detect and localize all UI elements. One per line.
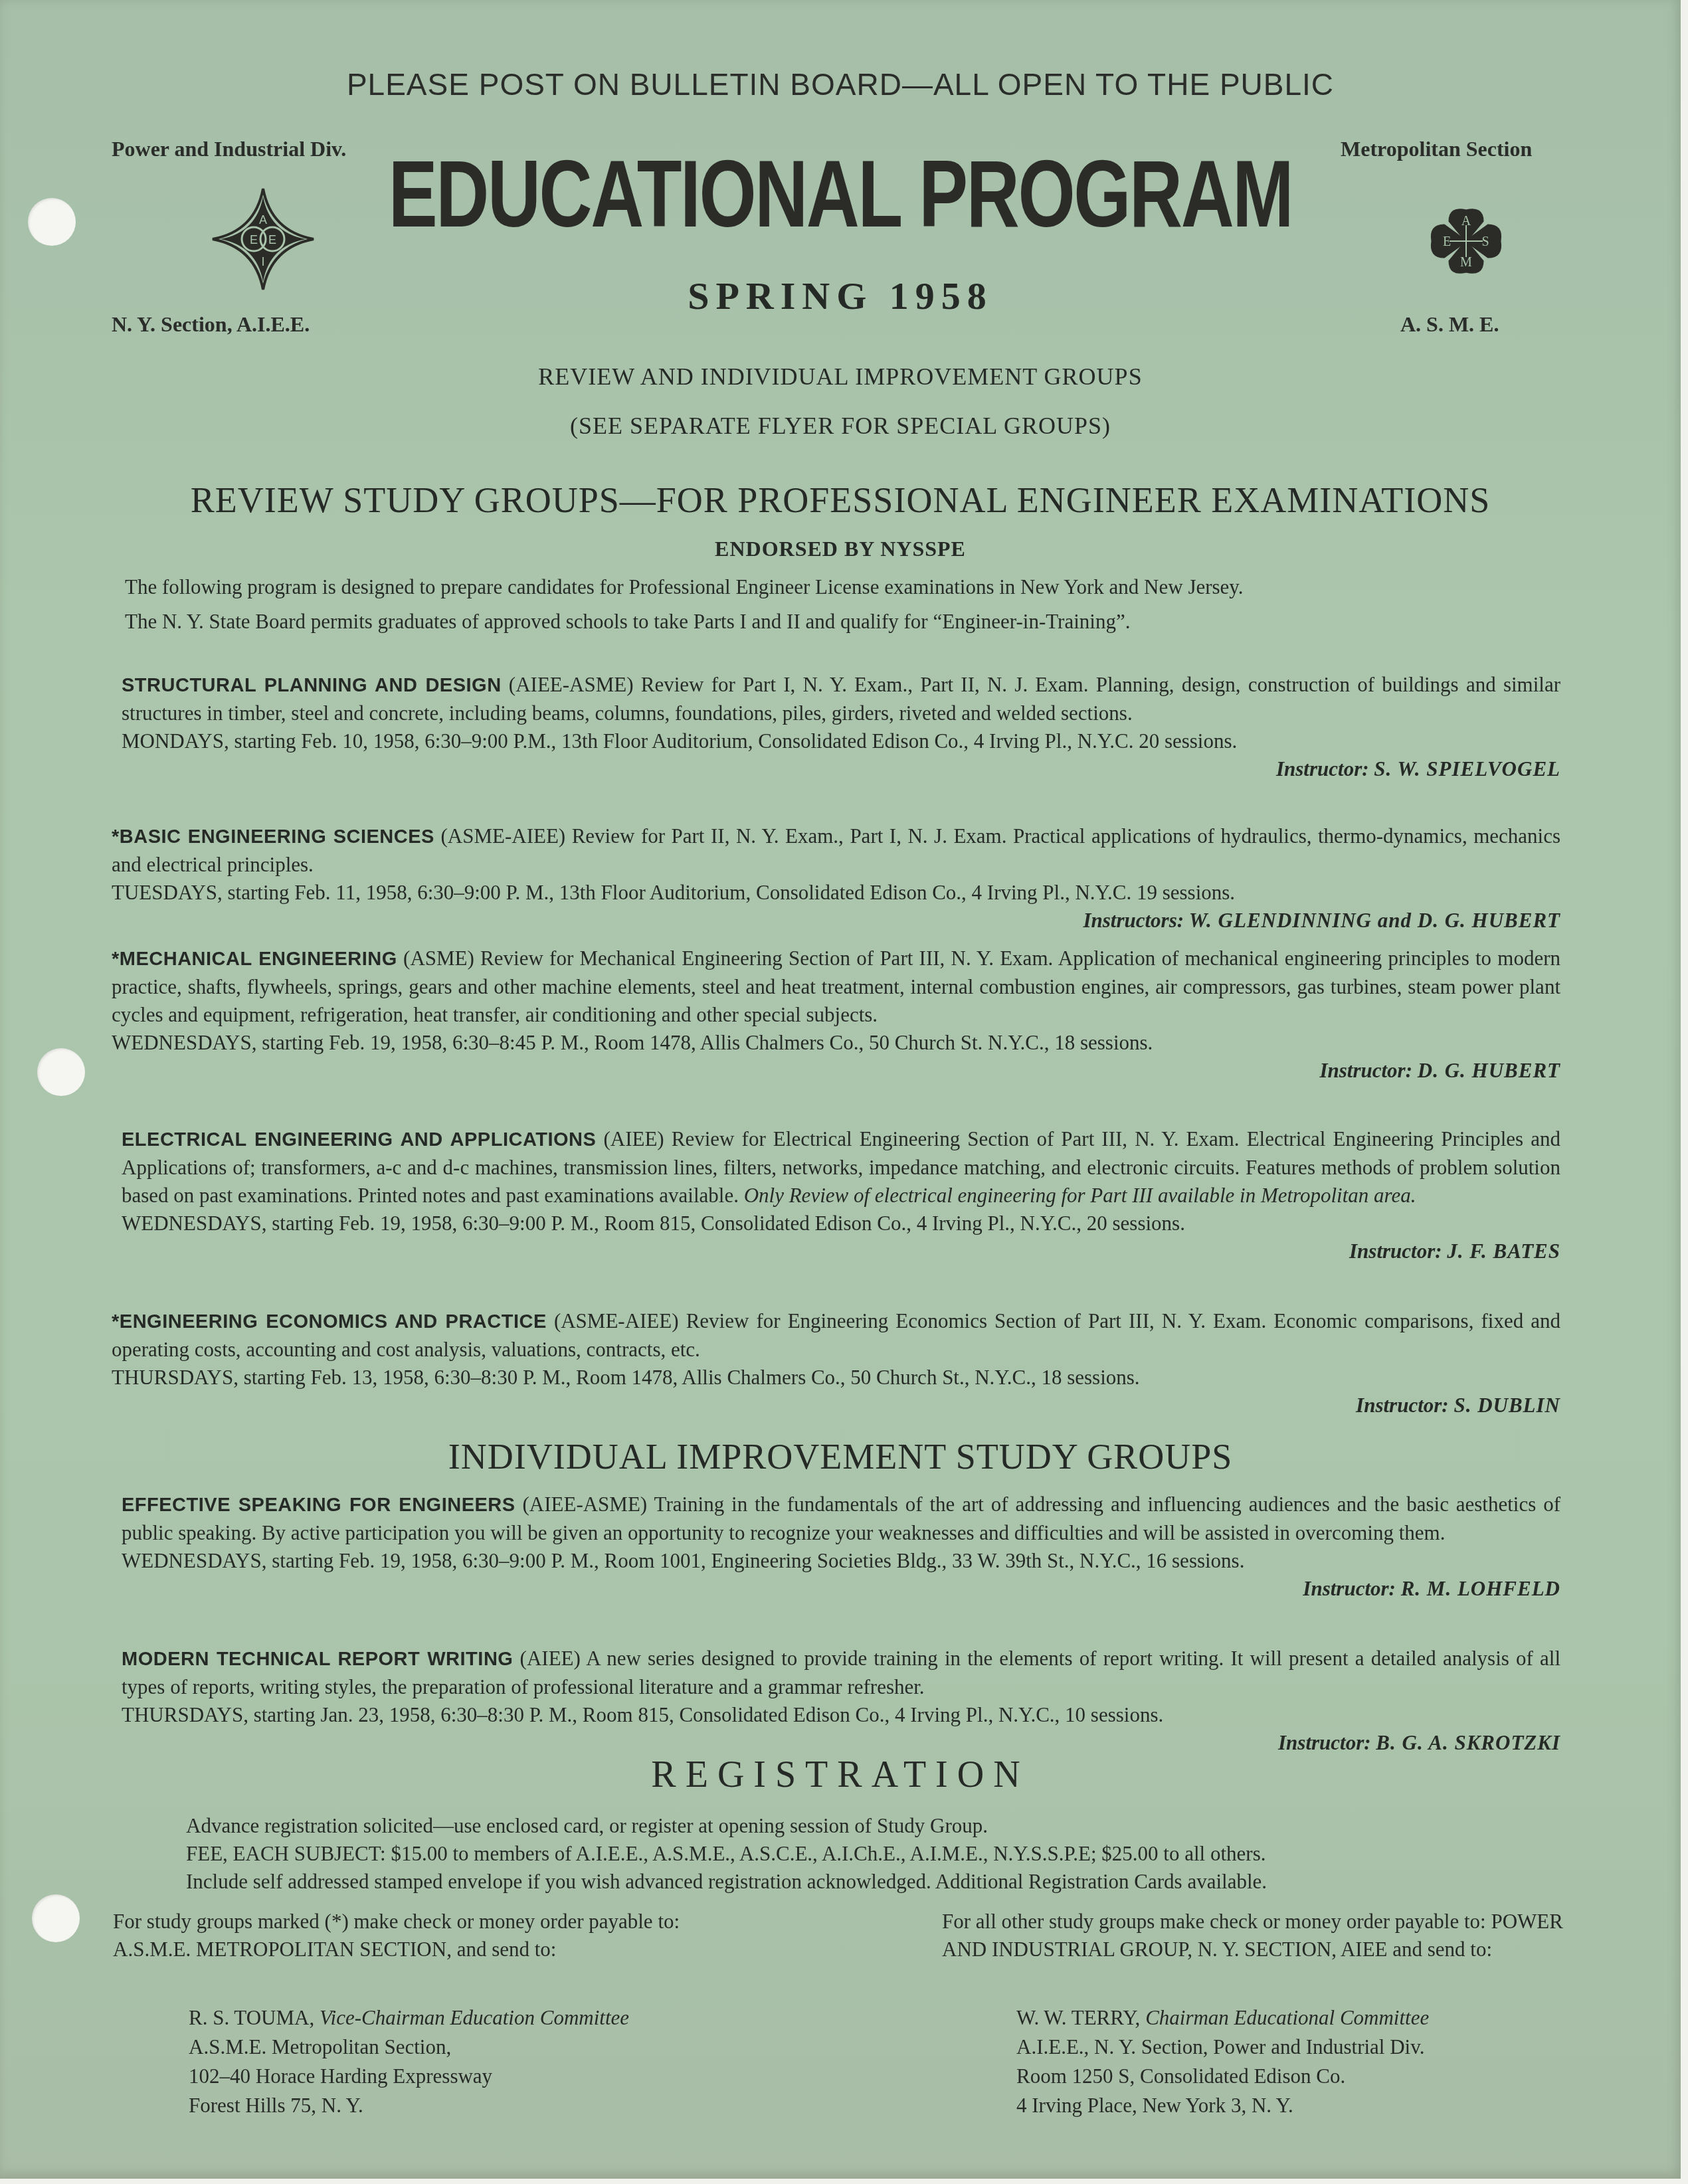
registration-fee-line: FEE, EACH SUBJECT: $15.00 to members of … [186, 1840, 1568, 1868]
course-name: *BASIC ENGINEERING SCIENCES [112, 826, 434, 848]
course-structural-planning: STRUCTURAL PLANNING AND DESIGN (AIEE-ASM… [122, 671, 1560, 783]
registration-details: Advance registration solicited—use enclo… [186, 1812, 1568, 1896]
address-line: 102–40 Horace Harding Expressway [189, 2062, 760, 2091]
svg-text:M: M [1460, 255, 1472, 270]
aiee-contact: W. W. TERRY, Chairman Educational Commit… [1016, 2003, 1588, 2033]
course-note: Only Review of electrical engineering fo… [744, 1184, 1416, 1207]
bulletin-banner: PLEASE POST ON BULLETIN BOARD—ALL OPEN T… [0, 66, 1681, 102]
course-instructor: Instructors: W. GLENDINNING and D. G. HU… [112, 907, 1560, 935]
punch-hole-top [28, 198, 76, 246]
individual-groups-heading: INDIVIDUAL IMPROVEMENT STUDY GROUPS [0, 1436, 1681, 1477]
address-line: A.S.M.E. Metropolitan Section, [189, 2033, 760, 2062]
intro-text: The following program is designed to pre… [125, 570, 1560, 639]
course-schedule: WEDNESDAYS, starting Feb. 19, 1958, 6:30… [122, 1210, 1560, 1237]
course-schedule: WEDNESDAYS, starting Feb. 19, 1958, 6:30… [122, 1547, 1560, 1575]
course-name: STRUCTURAL PLANNING AND DESIGN [122, 675, 502, 696]
course-name: ELECTRICAL ENGINEERING AND APPLICATIONS [122, 1129, 596, 1150]
endorsed-by: ENDORSED BY NYSSPE [0, 537, 1681, 561]
registration-line: Include self addressed stamped envelope … [186, 1868, 1568, 1896]
asme-contact: R. S. TOUMA, Vice-Chairman Education Com… [189, 2003, 760, 2033]
course-sponsor: (ASME-AIEE) [554, 1309, 679, 1332]
course-schedule: THURSDAYS, starting Jan. 23, 1958, 6:30–… [122, 1701, 1560, 1729]
course-basic-engineering-sciences: *BASIC ENGINEERING SCIENCES (ASME-AIEE) … [112, 822, 1560, 935]
course-engineering-economics: *ENGINEERING ECONOMICS AND PRACTICE (ASM… [112, 1307, 1560, 1419]
address-line: Forest Hills 75, N. Y. [189, 2091, 760, 2120]
punch-hole-bottom [32, 1894, 80, 1942]
registration-line: Advance registration solicited—use enclo… [186, 1812, 1568, 1840]
course-instructor: Instructor: J. F. BATES [122, 1237, 1560, 1265]
course-sponsor: (AIEE) [520, 1647, 581, 1670]
course-effective-speaking: EFFECTIVE SPEAKING FOR ENGINEERS (AIEE-A… [122, 1491, 1560, 1603]
course-schedule: WEDNESDAYS, starting Feb. 19, 1958, 6:30… [112, 1029, 1560, 1057]
course-schedule: THURSDAYS, starting Feb. 13, 1958, 6:30–… [112, 1364, 1560, 1392]
subtitle-separate-flyer: (SEE SEPARATE FLYER FOR SPECIAL GROUPS) [0, 412, 1681, 440]
payment-instructions-asme: For study groups marked (*) make check o… [113, 1908, 744, 1963]
page-title: EDUCATIONAL PROGRAM [185, 147, 1495, 242]
subtitle-groups: REVIEW AND INDIVIDUAL IMPROVEMENT GROUPS [0, 363, 1681, 391]
course-instructor: Instructor: R. M. LOHFELD [122, 1575, 1560, 1603]
svg-text:I: I [261, 255, 264, 268]
course-electrical-engineering: ELECTRICAL ENGINEERING AND APPLICATIONS … [122, 1125, 1560, 1265]
course-instructor: Instructor: D. G. HUBERT [112, 1057, 1560, 1085]
registration-heading: REGISTRATION [0, 1754, 1681, 1796]
intro-line-2: The N. Y. State Board permits graduates … [125, 604, 1560, 639]
course-sponsor: (AIEE-ASME) [509, 673, 634, 696]
course-name: EFFECTIVE SPEAKING FOR ENGINEERS [122, 1495, 516, 1516]
course-sponsor: (ASME) [403, 947, 474, 970]
address-line: 4 Irving Place, New York 3, N. Y. [1016, 2091, 1588, 2120]
payment-instructions-aiee: For all other study groups make check or… [942, 1908, 1566, 1963]
course-schedule: MONDAYS, starting Feb. 10, 1958, 6:30–9:… [122, 727, 1560, 755]
address-line: A.I.E.E., N. Y. Section, Power and Indus… [1016, 2033, 1588, 2062]
course-sponsor: (AIEE-ASME) [523, 1493, 648, 1516]
address-line: Room 1250 S, Consolidated Edison Co. [1016, 2062, 1588, 2091]
course-instructor: Instructor: S. DUBLIN [112, 1392, 1560, 1419]
season-label: SPRING 1958 [0, 274, 1681, 318]
course-name: MODERN TECHNICAL REPORT WRITING [122, 1649, 513, 1670]
course-sponsor: (ASME-AIEE) [440, 824, 565, 848]
intro-line-1: The following program is designed to pre… [125, 570, 1560, 604]
review-groups-heading: REVIEW STUDY GROUPS—FOR PROFESSIONAL ENG… [0, 480, 1681, 521]
course-name: *ENGINEERING ECONOMICS AND PRACTICE [112, 1311, 547, 1332]
flyer-page: PLEASE POST ON BULLETIN BOARD—ALL OPEN T… [0, 0, 1681, 2179]
punch-hole-middle [37, 1048, 85, 1096]
course-name: *MECHANICAL ENGINEERING [112, 949, 397, 970]
course-mechanical-engineering: *MECHANICAL ENGINEERING (ASME) Review fo… [112, 945, 1560, 1085]
aiee-mailing-address: W. W. TERRY, Chairman Educational Commit… [1016, 2003, 1588, 2120]
course-technical-report-writing: MODERN TECHNICAL REPORT WRITING (AIEE) A… [122, 1645, 1560, 1757]
course-instructor: Instructor: S. W. SPIELVOGEL [122, 755, 1560, 783]
course-schedule: TUESDAYS, starting Feb. 11, 1958, 6:30–9… [112, 879, 1560, 907]
asme-mailing-address: R. S. TOUMA, Vice-Chairman Education Com… [189, 2003, 760, 2120]
course-instructor: Instructor: B. G. A. SKROTZKI [122, 1729, 1560, 1757]
course-sponsor: (AIEE) [603, 1127, 664, 1150]
